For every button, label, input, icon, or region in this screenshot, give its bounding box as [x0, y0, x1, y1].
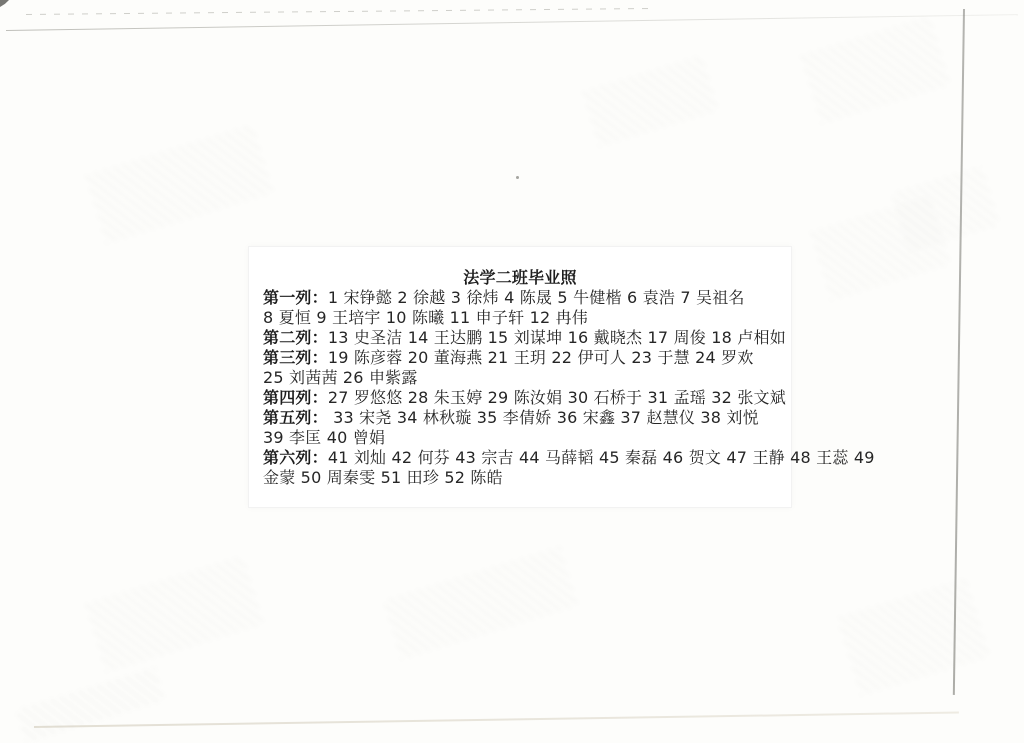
row-label: 第二列：: [263, 328, 328, 347]
row-names: 25 刘茜茜 26 申紫露: [263, 368, 418, 387]
row-names: 金蒙 50 周秦雯 51 田珍 52 陈皓: [263, 468, 503, 487]
row-line-6-cont: 金蒙 50 周秦雯 51 田珍 52 陈皓: [263, 468, 777, 488]
row-names: 1 宋铮懿 2 徐越 3 徐炜 4 陈晟 5 牛健楷 6 袁浩 7 吴祖名: [328, 288, 745, 307]
scan-corner-artifact: [0, 0, 9, 7]
row-line-5-cont: 39 李匡 40 曾娟: [263, 428, 777, 448]
scan-smudge: [85, 555, 264, 672]
paper-edge-top: [6, 14, 1018, 31]
scan-smudge: [85, 124, 273, 244]
row-names: 39 李匡 40 曾娟: [263, 428, 385, 447]
row-line-6: 第六列：41 刘灿 42 何芬 43 宗吉 44 马薛韬 45 秦磊 46 贺文…: [263, 448, 777, 468]
row-names: 33 宋尧 34 林秋璇 35 李倩娇 36 宋鑫 37 赵慧仪 38 刘悦: [328, 408, 759, 427]
scan-smudge: [810, 195, 951, 300]
scan-smudge: [16, 668, 165, 743]
scan-smudge: [383, 546, 578, 659]
row-label: 第六列：: [263, 448, 328, 467]
document-title: 法学二班毕业照: [263, 268, 777, 288]
row-names: 27 罗悠悠 28 朱玉婷 29 陈汝娟 30 石桥于 31 孟瑶 32 张文斌: [328, 388, 786, 407]
row-label: 第一列：: [263, 288, 328, 307]
row-names: 13 史圣洁 14 王达鹏 15 刘谋坤 16 戴晓杰 17 周俊 18 卢相如: [328, 328, 786, 347]
scan-smudge: [891, 165, 1000, 252]
row-line-2: 第二列：13 史圣洁 14 王达鹏 15 刘谋坤 16 戴晓杰 17 周俊 18…: [263, 328, 777, 348]
row-names: 41 刘灿 42 何芬 43 宗吉 44 马薛韬 45 秦磊 46 贺文 47 …: [328, 448, 875, 467]
row-label: 第四列：: [263, 388, 328, 407]
row-line-3-cont: 25 刘茜茜 26 申紫露: [263, 368, 777, 388]
scan-smudge: [582, 55, 718, 147]
row-names: 8 夏恒 9 王培宇 10 陈曦 11 申子轩 12 冉伟: [263, 308, 588, 327]
paper-edge-right: [953, 9, 965, 695]
row-line-1: 第一列：1 宋铮懿 2 徐越 3 徐炜 4 陈晟 5 牛健楷 6 袁浩 7 吴祖…: [263, 288, 777, 308]
name-list-block: 法学二班毕业照 第一列：1 宋铮懿 2 徐越 3 徐炜 4 陈晟 5 牛健楷 6…: [248, 246, 792, 508]
row-line-5: 第五列： 33 宋尧 34 林秋璇 35 李倩娇 36 宋鑫 37 赵慧仪 38…: [263, 408, 777, 428]
row-line-1-cont: 8 夏恒 9 王培宇 10 陈曦 11 申子轩 12 冉伟: [263, 308, 777, 328]
row-line-4: 第四列：27 罗悠悠 28 朱玉婷 29 陈汝娟 30 石桥于 31 孟瑶 32…: [263, 388, 777, 408]
scan-smudge: [837, 578, 990, 696]
paper-edge-top-faint: [26, 8, 656, 15]
scanned-page: 法学二班毕业照 第一列：1 宋铮懿 2 徐越 3 徐炜 4 陈晟 5 牛健楷 6…: [0, 0, 1024, 743]
scan-smudge: [800, 16, 950, 124]
row-line-3: 第三列：19 陈彦蓉 20 董海燕 21 王玥 22 伊可人 23 于慧 24 …: [263, 348, 777, 368]
scan-speck: [516, 176, 519, 179]
paper-edge-bottom: [34, 711, 959, 727]
row-label: 第三列：: [263, 348, 328, 367]
row-names: 19 陈彦蓉 20 董海燕 21 王玥 22 伊可人 23 于慧 24 罗欢: [328, 348, 754, 367]
row-label: 第五列：: [263, 408, 328, 427]
